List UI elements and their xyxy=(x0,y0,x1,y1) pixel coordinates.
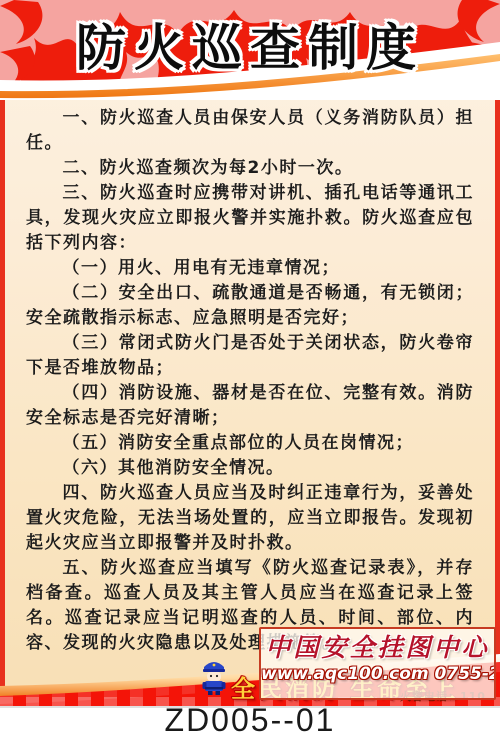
body-paragraph: （一）用火、用电有无违章情况； xyxy=(26,256,474,281)
left-border-strip xyxy=(0,90,5,706)
fireman-mascot-icon xyxy=(200,658,228,696)
body-paragraph: 四、防火巡查人员应当及时纠正违章行为，妥善处置火灾危险，无法当场处置的，应当立即… xyxy=(26,481,474,556)
poster-header: 防火巡查制度 xyxy=(0,0,500,100)
body-paragraph: 一、防火巡查人员由保安人员（义务消防队员）担任。 xyxy=(26,106,474,156)
right-border-strip xyxy=(495,90,500,706)
body-paragraph: （二）安全出口、疏散通道是否畅通，有无锁闭；安全疏散指示标志、应急照明是否完好； xyxy=(26,281,474,331)
body-paragraph: （三）常闭式防火门是否处于关闭状态，防火卷帘下是否堆放物品； xyxy=(26,331,474,381)
body-text: 一、防火巡查人员由保安人员（义务消防队员）担任。 二、防火巡查频次为每2小时一次… xyxy=(5,100,495,656)
poster-title: 防火巡查制度 xyxy=(0,8,500,80)
body-paragraph: 三、防火巡查时应携带对讲机、插孔电话等通讯工具，发现火灾应立即报火警并实施扑救。… xyxy=(26,181,474,256)
body-paragraph: （六）其他消防安全情况。 xyxy=(26,456,474,481)
watermark-contact: www.aqc100.com 0755-2766 8885 xyxy=(261,664,494,684)
poster-code: ZD005--01 xyxy=(0,702,500,738)
body-paragraph: 二、防火巡查频次为每2小时一次。 xyxy=(26,156,474,181)
poster-page: 防火巡查制度 一、防火巡查人员由保安人员（义务消防队员）担任。 二、防火巡查频次… xyxy=(0,0,500,738)
poster-sheet: 防火巡查制度 一、防火巡查人员由保安人员（义务消防队员）担任。 二、防火巡查频次… xyxy=(0,0,500,706)
body-paragraph: （四）消防设施、器材是否在位、完整有效。消防安全标志是否完好清晰； xyxy=(26,381,474,431)
watermark-box: 中国安全挂图中心 www.aqc100.com 0755-2766 8885 xyxy=(259,627,496,700)
body-paragraph: （五）消防安全重点部位的人员在岗情况； xyxy=(26,431,474,456)
watermark-name: 中国安全挂图中心 xyxy=(261,634,494,662)
